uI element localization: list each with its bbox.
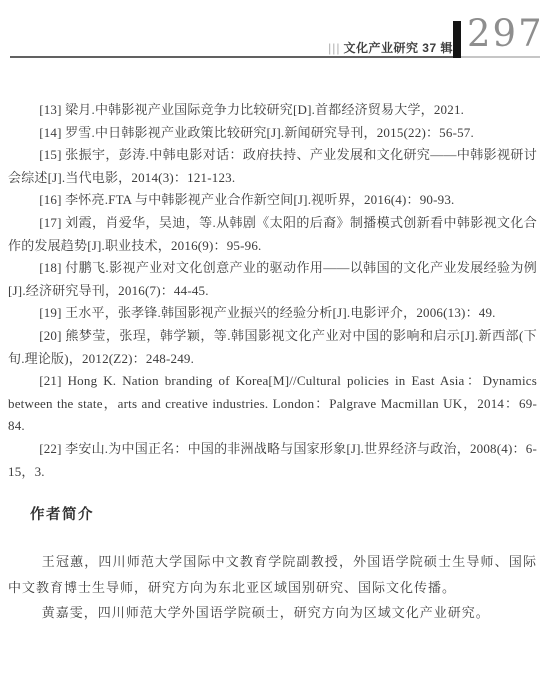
reference-item: [15] 张振宇，彭涛.中韩电影对话：政府扶持、产业发展和文化研究——中韩影视研…	[8, 144, 537, 189]
author-section-heading: 作者简介	[30, 503, 94, 524]
author-bio-item: 王冠蕙，四川师范大学国际中文教育学院副教授，外国语学院硕士生导师、国际中文教育博…	[8, 549, 537, 600]
page-number-bar	[453, 21, 461, 58]
author-bio-list: 王冠蕙，四川师范大学国际中文教育学院副教授，外国语学院硕士生导师、国际中文教育博…	[8, 549, 537, 626]
reference-item: [20] 熊梦莹，张珵，韩学颖，等.韩国影视文化产业对中国的影响和启示[J].新…	[8, 325, 537, 370]
page-number: 297	[467, 15, 544, 52]
reference-item: [19] 王水平，张孝锋.韩国影视产业振兴的经验分析[J].电影评介，2006(…	[8, 302, 537, 325]
header-bars-decoration: |||	[328, 41, 340, 55]
document-page: |||文化产业研究 37 辑 297 [13] 梁月.中韩影视产业国际竞争力比较…	[0, 0, 545, 678]
reference-item: [18] 付鹏飞.影视产业对文化创意产业的驱动作用——以韩国的文化产业发展经验为…	[8, 257, 537, 302]
author-bio-item: 黄嘉雯，四川师范大学外国语学院硕士，研究方向为区域文化产业研究。	[8, 600, 537, 626]
reference-item: [17] 刘霞，肖爱华，吴迪，等.从韩剧《太阳的后裔》制播模式创新看中韩影视文化…	[8, 212, 537, 257]
reference-item: [21] Hong K. Nation branding of Korea[M]…	[8, 370, 537, 438]
header-rule	[10, 56, 453, 58]
reference-item: [22] 李安山.为中国正名：中国的非洲战略与国家形象[J].世界经济与政治，2…	[8, 438, 537, 483]
reference-item: [14] 罗雪.中日韩影视产业政策比较研究[J].新闻研究导刊，2015(22)…	[8, 122, 537, 145]
running-head: |||文化产业研究 37 辑	[328, 39, 453, 56]
reference-list: [13] 梁月.中韩影视产业国际竞争力比较研究[D].首都经济贸易大学，2021…	[8, 99, 537, 483]
header-rule-light-segment	[461, 56, 540, 58]
reference-item: [16] 李怀亮.FTA 与中韩影视产业合作新空间[J].视听界，2016(4)…	[8, 189, 537, 212]
series-title: 文化产业研究 37 辑	[343, 41, 453, 55]
reference-item: [13] 梁月.中韩影视产业国际竞争力比较研究[D].首都经济贸易大学，2021…	[8, 99, 537, 122]
